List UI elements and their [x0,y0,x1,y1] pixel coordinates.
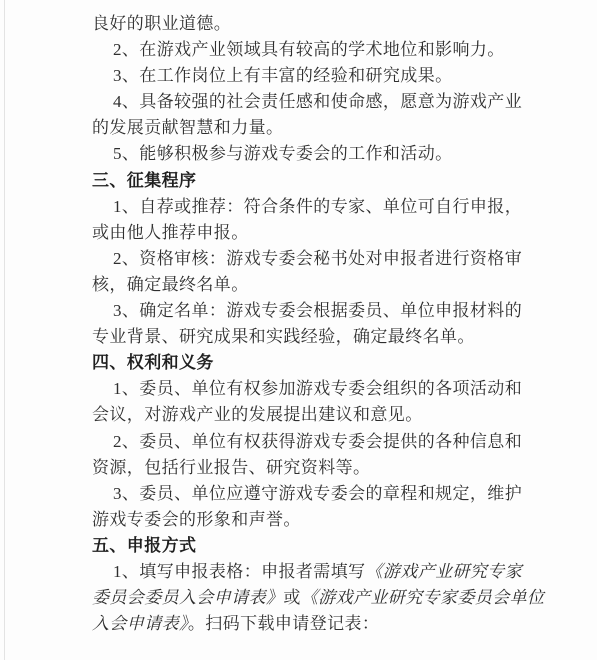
document-line: 5、能够积极参与游戏专委会的工作和活动。 [92,141,552,167]
document-line: 良好的职业道德。 [92,11,552,37]
document-line: 3、在工作岗位上有丰富的经验和研究成果。 [92,63,552,89]
document-line: 的发展贡献智慧和力量。 [92,115,552,141]
document-line: 委员会委员入会申请表》或《游戏产业研究专家委员会单位 [92,585,552,611]
document-line: 1、委员、单位有权参加游戏专委会组织的各项活动和 [92,376,552,402]
document-line: 2、资格审核：游戏专委会秘书处对申报者进行资格审 [92,246,552,272]
document-line: 入会申请表》。扫码下载申请登记表： [92,611,552,637]
document-line: 1、填写申报表格：申报者需填写《游戏产业研究专家 [92,559,552,585]
document-page: 良好的职业道德。 2、在游戏产业领域具有较高的学术地位和影响力。 3、在工作岗位… [0,0,597,660]
document-line: 游戏专委会的形象和声誉。 [92,507,552,533]
document-text-block: 良好的职业道德。 2、在游戏产业领域具有较高的学术地位和影响力。 3、在工作岗位… [92,11,552,637]
document-line: 3、确定名单：游戏专委会根据委员、单位申报材料的 [92,298,552,324]
document-line: 2、在游戏产业领域具有较高的学术地位和影响力。 [92,37,552,63]
section-heading-5: 五、申报方式 [92,533,552,559]
document-line: 或由他人推荐申报。 [92,220,552,246]
scan-edge-line [4,0,5,660]
document-line: 专业背景、研究成果和实践经验，确定最终名单。 [92,324,552,350]
document-line: 1、自荐或推荐：符合条件的专家、单位可自行申报， [92,194,552,220]
document-line: 核，确定最终名单。 [92,272,552,298]
document-line: 会议，对游戏产业的发展提出建议和意见。 [92,402,552,428]
document-line: 资源，包括行业报告、研究资料等。 [92,455,552,481]
section-heading-3: 三、征集程序 [92,168,552,194]
section-heading-4: 四、权利和义务 [92,350,552,376]
document-line: 4、具备较强的社会责任感和使命感，愿意为游戏产业 [92,89,552,115]
document-line: 3、委员、单位应遵守游戏专委会的章程和规定，维护 [92,481,552,507]
document-line: 2、委员、单位有权获得游戏专委会提供的各种信息和 [92,429,552,455]
